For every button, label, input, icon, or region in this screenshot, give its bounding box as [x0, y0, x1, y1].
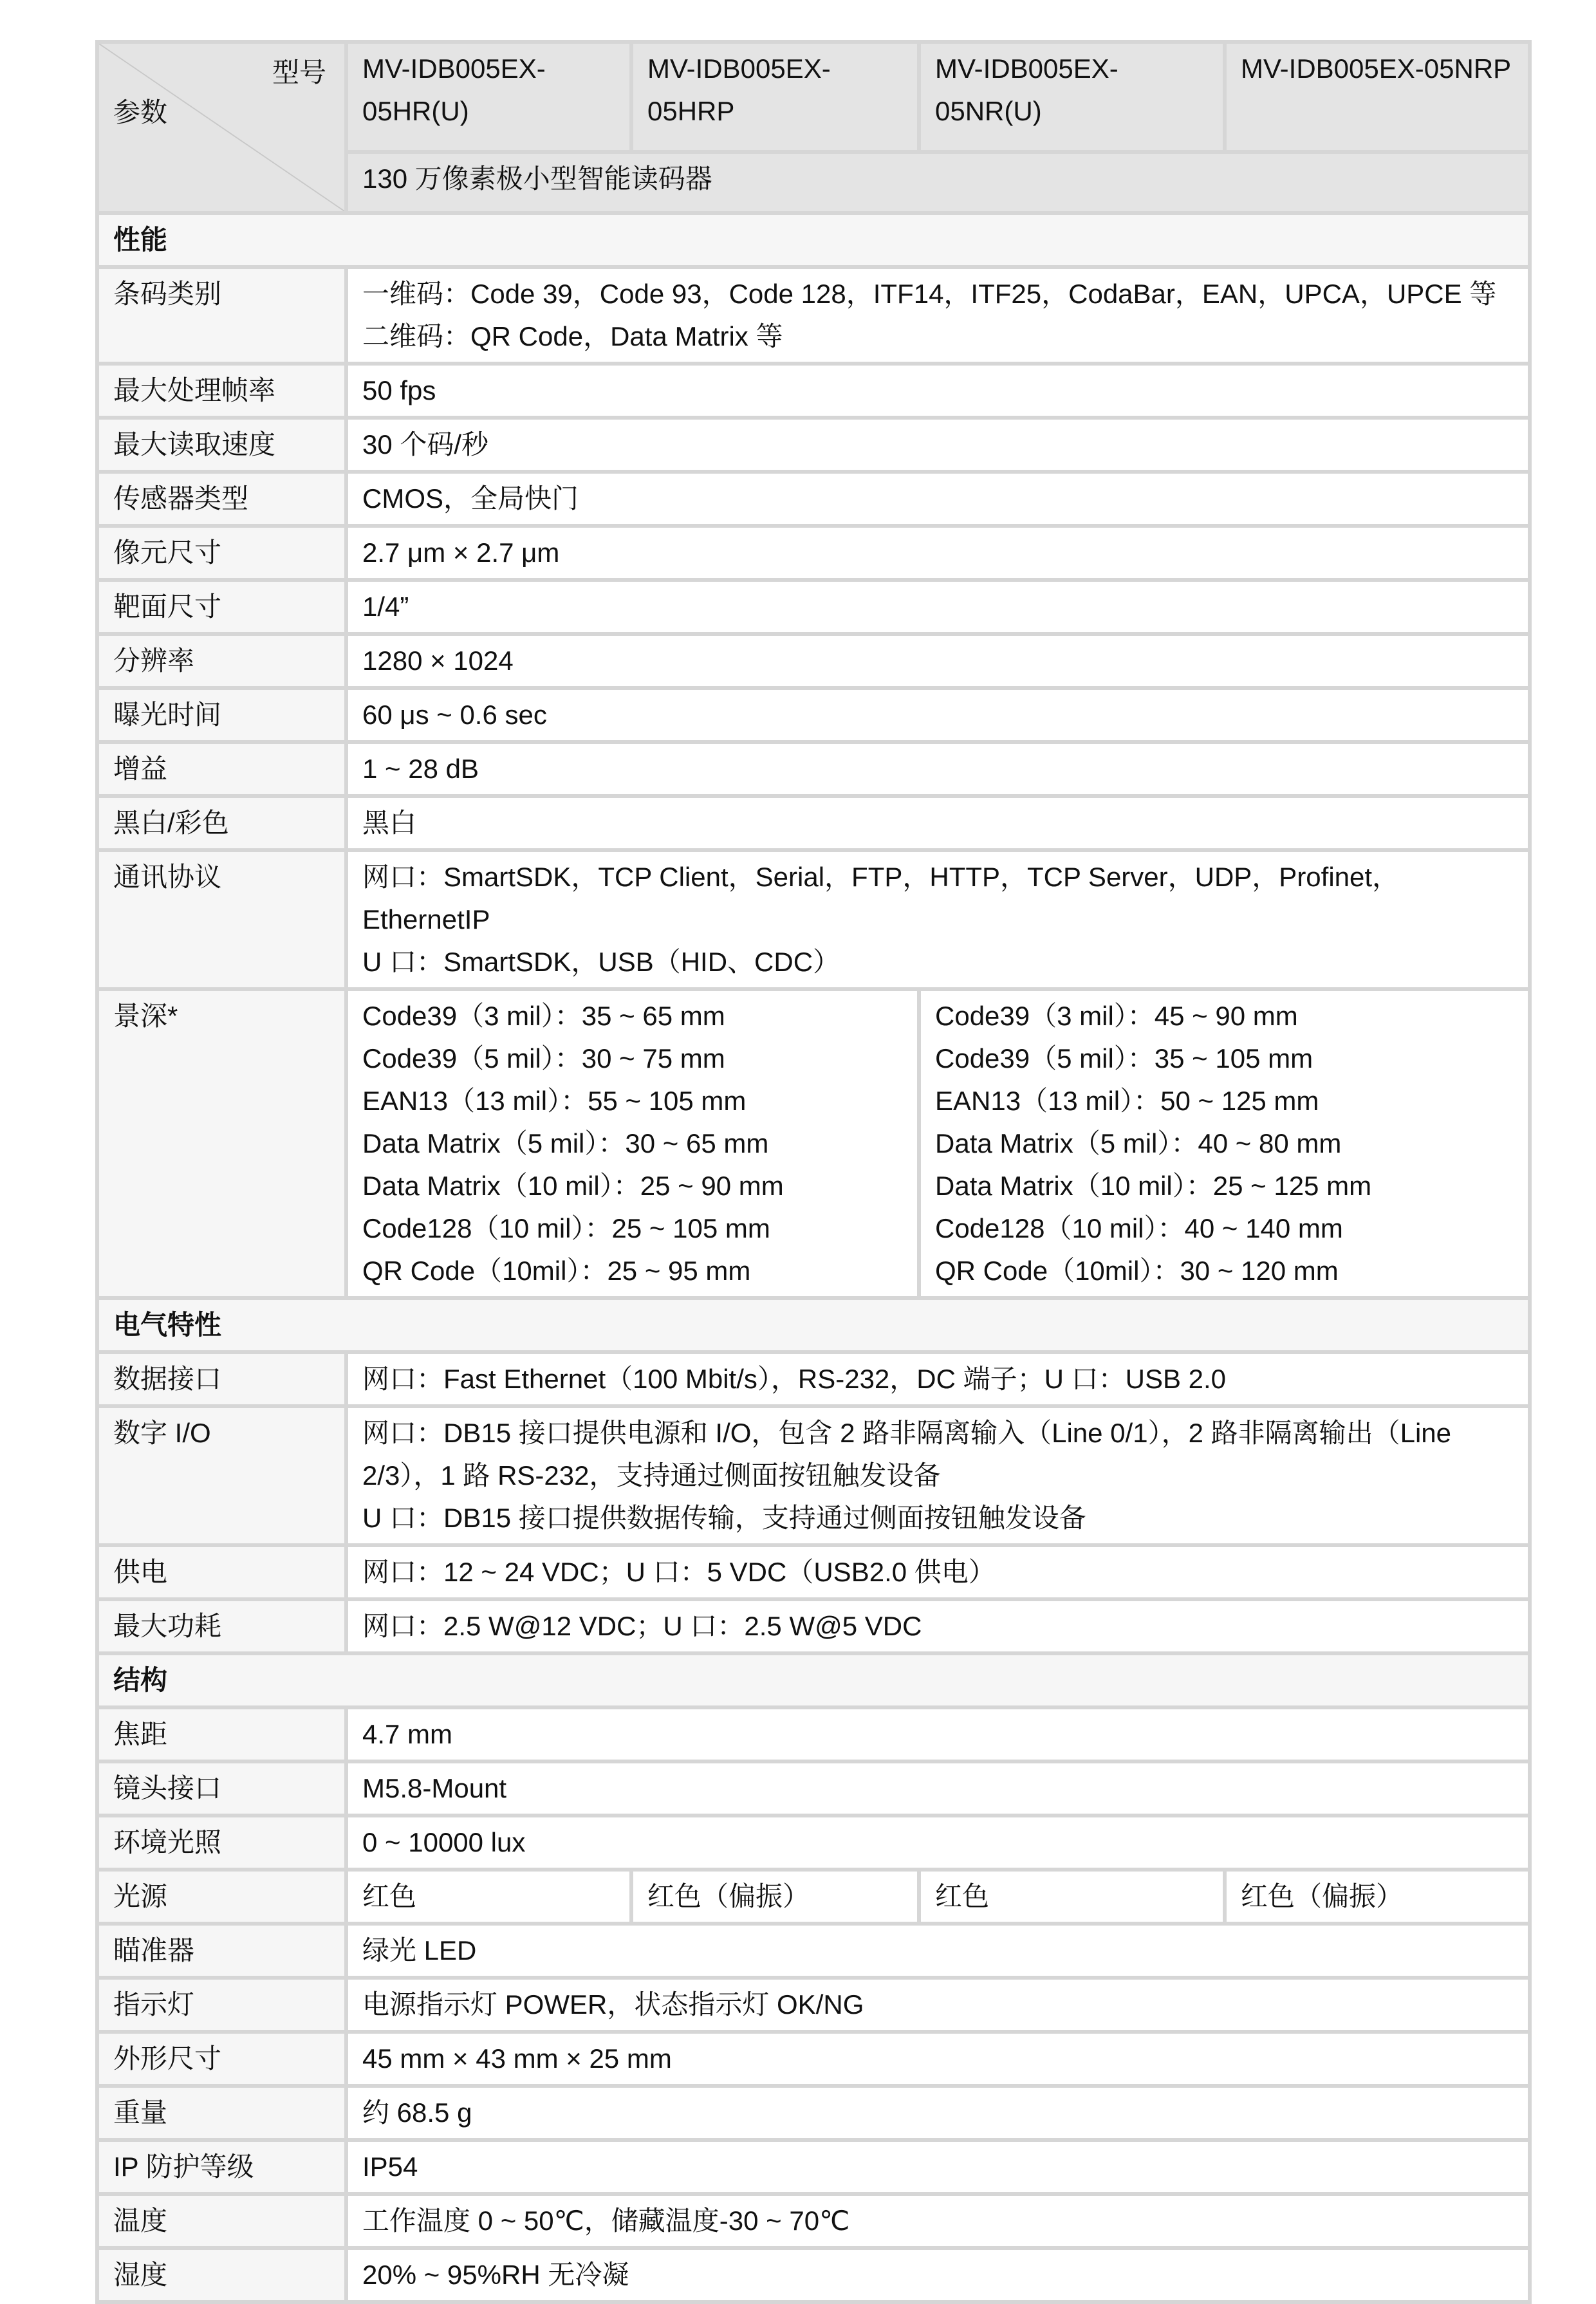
table-row: 焦距4.7 mm — [97, 1707, 1530, 1761]
header-row: 型号 参数 MV-IDB005EX-05HR(U) MV-IDB005EX-05… — [97, 42, 1530, 152]
table-row: 环境光照0 ~ 10000 lux — [97, 1816, 1530, 1870]
table-row: 瞄准器绿光 LED — [97, 1924, 1530, 1978]
section-structure: 结构 — [97, 1653, 1530, 1707]
table-row: 曝光时间60 μs ~ 0.6 sec — [97, 688, 1530, 742]
section-performance: 性能 — [97, 213, 1530, 267]
table-row: 数据接口网口：Fast Ethernet（100 Mbit/s），RS-232，… — [97, 1352, 1530, 1406]
table-row: 数字 I/O网口：DB15 接口提供电源和 I/O，包含 2 路非隔离输入（Li… — [97, 1406, 1530, 1545]
table-row: 镜头接口M5.8-Mount — [97, 1761, 1530, 1816]
spec-table: 型号 参数 MV-IDB005EX-05HR(U) MV-IDB005EX-05… — [95, 40, 1532, 2304]
model-header: MV-IDB005EX-05NR(U) — [919, 42, 1225, 152]
table-row: 指示灯电源指示灯 POWER，状态指示灯 OK/NG — [97, 1978, 1530, 2032]
model-header: MV-IDB005EX-05NRP — [1225, 42, 1530, 152]
table-row: 最大处理帧率50 fps — [97, 364, 1530, 418]
table-row: 靶面尺寸1/4” — [97, 580, 1530, 634]
light-source-row: 光源 红色 红色（偏振） 红色 红色（偏振） — [97, 1870, 1530, 1924]
table-row: 通讯协议网口：SmartSDK，TCP Client，Serial，FTP，HT… — [97, 850, 1530, 989]
dof-row: 景深* Code39（3 mil）：35 ~ 65 mmCode39（5 mil… — [97, 989, 1530, 1298]
section-electrical: 电气特性 — [97, 1298, 1530, 1352]
table-row: IP 防护等级IP54 — [97, 2140, 1530, 2194]
table-row: 黑白/彩色黑白 — [97, 796, 1530, 850]
table-row: 条码类别一维码：Code 39，Code 93，Code 128，ITF14，I… — [97, 267, 1530, 364]
table-row: 外形尺寸45 mm × 43 mm × 25 mm — [97, 2032, 1530, 2086]
table-row: 最大功耗网口：2.5 W@12 VDC；U 口：2.5 W@5 VDC — [97, 1599, 1530, 1653]
corner-model-label: 型号 — [272, 51, 326, 94]
product-description: 130 万像素极小型智能读码器 — [346, 152, 1530, 214]
table-row: 供电网口：12 ~ 24 VDC；U 口：5 VDC（USB2.0 供电） — [97, 1545, 1530, 1599]
model-header: MV-IDB005EX-05HR(U) — [346, 42, 631, 152]
table-row: 湿度20% ~ 95%RH 无冷凝 — [97, 2248, 1530, 2302]
table-row: 像元尺寸2.7 μm × 2.7 μm — [97, 526, 1530, 580]
table-row: 重量约 68.5 g — [97, 2086, 1530, 2140]
dof-left: Code39（3 mil）：35 ~ 65 mmCode39（5 mil）：30… — [346, 989, 919, 1298]
model-header: MV-IDB005EX-05HRP — [631, 42, 919, 152]
corner-cell: 型号 参数 — [97, 42, 346, 213]
table-row: 增益1 ~ 28 dB — [97, 742, 1530, 796]
corner-param-label: 参数 — [113, 91, 167, 134]
table-row: 温度工作温度 0 ~ 50℃，储藏温度-30 ~ 70℃ — [97, 2194, 1530, 2248]
table-row: 最大读取速度30 个码/秒 — [97, 418, 1530, 472]
dof-right: Code39（3 mil）：45 ~ 90 mmCode39（5 mil）：35… — [919, 989, 1530, 1298]
table-row: 传感器类型CMOS，全局快门 — [97, 472, 1530, 526]
table-row: 分辨率1280 × 1024 — [97, 634, 1530, 688]
